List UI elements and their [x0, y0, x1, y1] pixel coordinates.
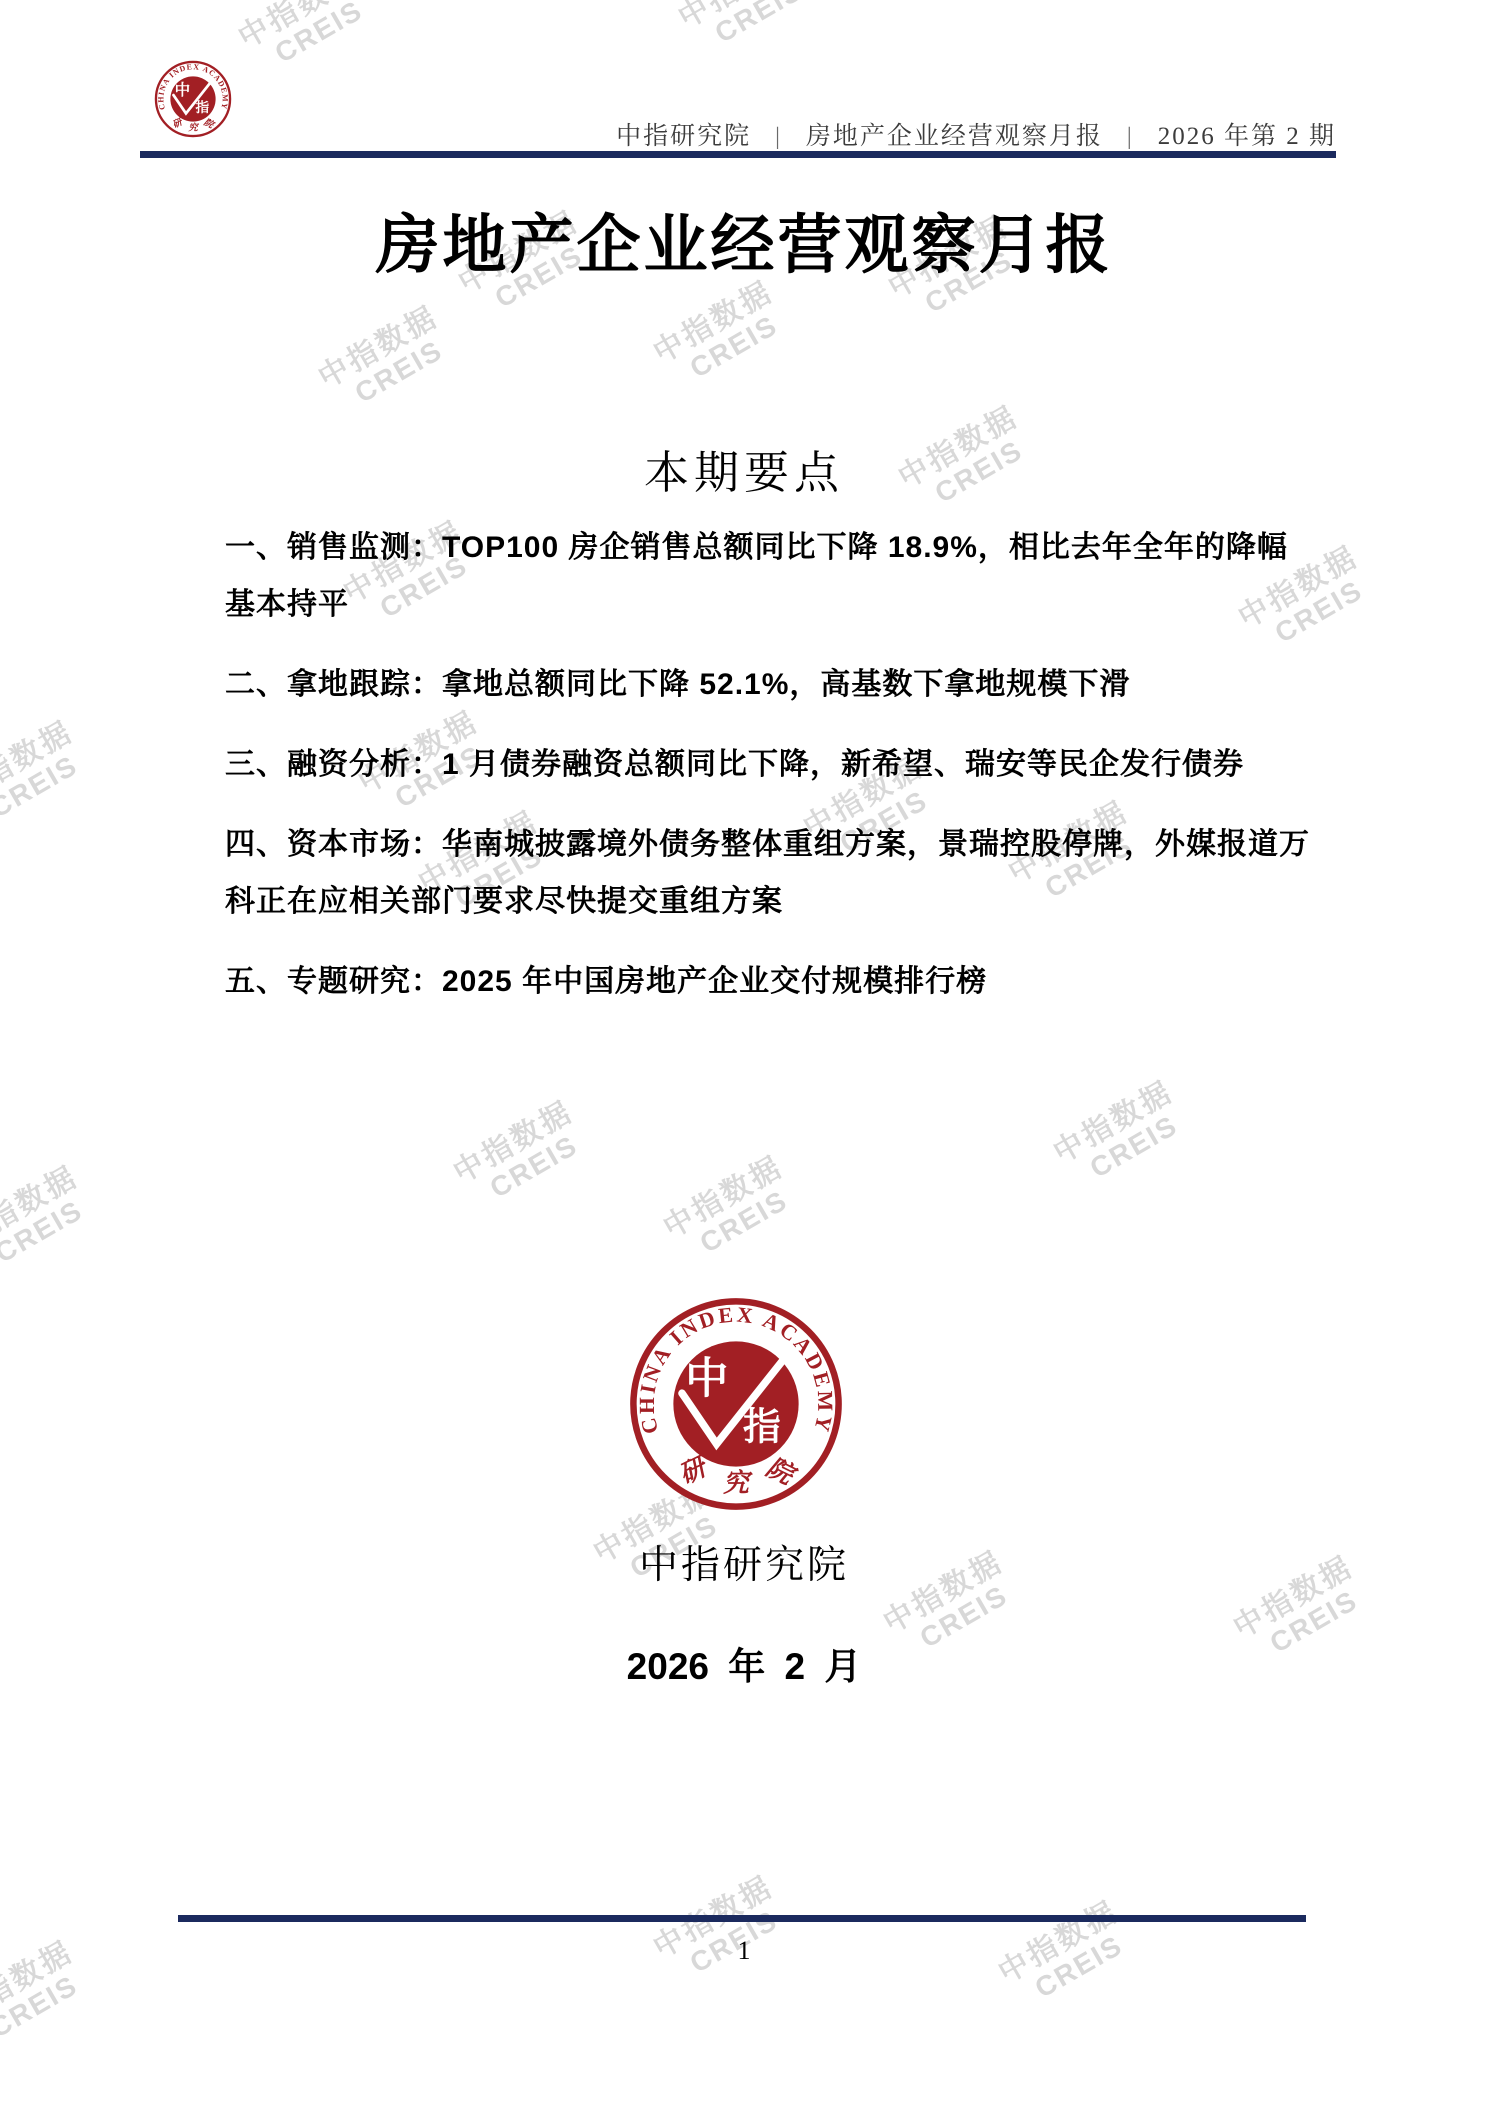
- cia-logo-large: CHINA INDEX ACADEMY中指研究院: [628, 1296, 844, 1512]
- creis-watermark: 中指数据CREIS: [0, 716, 94, 836]
- page-header: 中指研究院 | 房地产企业经营观察月报 | 2026 年第 2 期: [616, 116, 1336, 152]
- date-month: 2: [784, 1646, 805, 1688]
- highlight-item-financing: 三、融资分析：1 月债券融资总额同比下降，新希望、瑞安等民企发行债券: [225, 736, 1337, 793]
- highlights-heading: 本期要点: [0, 436, 1488, 501]
- page-number: 1: [0, 1936, 1488, 1966]
- highlight-line: 二、拿地跟踪：拿地总额同比下降 52.1%，高基数下拿地规模下滑: [225, 656, 1337, 713]
- report-cover-page: 中指数据CREIS中指数据CREIS中指数据CREIS中指数据CREIS中指数据…: [0, 0, 1488, 2104]
- creis-watermark: 中指数据CREIS: [673, 0, 818, 61]
- highlight-line: 四、资本市场：华南城披露境外债务整体重组方案，景瑞控股停牌，外媒报道万: [225, 816, 1337, 873]
- highlight-line: 五、专题研究：2025 年中国房地产企业交付规模排行榜: [225, 953, 1337, 1010]
- creis-watermark: 中指数据CREIS: [658, 1151, 803, 1271]
- svg-text:究: 究: [188, 122, 199, 134]
- cia-logo-small: CHINA INDEX ACADEMY中指研究院: [154, 60, 232, 138]
- highlight-line: 三、融资分析：1 月债券融资总额同比下降，新希望、瑞安等民企发行债券: [225, 736, 1337, 793]
- highlight-line: 科正在应相关部门要求尽快提交重组方案: [225, 873, 1337, 930]
- publisher-name: 中指研究院: [0, 1534, 1488, 1590]
- highlights-list: 一、销售监测：TOP100 房企销售总额同比下降 18.9%，相比去年全年的降幅…: [225, 519, 1337, 1033]
- creis-watermark: 中指数据CREIS: [648, 1871, 793, 1991]
- creis-watermark: 中指数据CREIS: [233, 0, 378, 81]
- date-month-unit: 月: [824, 1636, 861, 1690]
- highlight-line: 基本持平: [225, 576, 1337, 633]
- footer-rule: [178, 1915, 1306, 1922]
- header-org: 中指研究院: [616, 116, 751, 152]
- highlight-item-research: 五、专题研究：2025 年中国房地产企业交付规模排行榜: [225, 953, 1337, 1010]
- date-year-unit: 年: [728, 1636, 765, 1690]
- report-title: 房地产企业经营观察月报: [0, 194, 1488, 286]
- svg-text:中: 中: [685, 1355, 728, 1403]
- creis-watermark: 中指数据CREIS: [0, 1161, 99, 1281]
- creis-watermark: 中指数据CREIS: [448, 1096, 593, 1216]
- highlight-line: 一、销售监测：TOP100 房企销售总额同比下降 18.9%，相比去年全年的降幅: [225, 519, 1337, 576]
- svg-text:指: 指: [743, 1407, 781, 1449]
- highlight-item-land: 二、拿地跟踪：拿地总额同比下降 52.1%，高基数下拿地规模下滑: [225, 656, 1337, 713]
- svg-text:究: 究: [723, 1468, 753, 1497]
- header-separator-icon: |: [1127, 124, 1134, 151]
- creis-watermark: 中指数据CREIS: [648, 276, 793, 396]
- svg-text:指: 指: [196, 99, 210, 115]
- publish-date: 2026 年 2 月: [0, 1636, 1488, 1690]
- header-rule: [140, 151, 1336, 158]
- highlight-item-sales: 一、销售监测：TOP100 房企销售总额同比下降 18.9%，相比去年全年的降幅…: [225, 519, 1337, 633]
- creis-watermark: 中指数据CREIS: [313, 301, 458, 421]
- creis-watermark: 中指数据CREIS: [1048, 1076, 1193, 1196]
- date-year: 2026: [627, 1646, 709, 1688]
- svg-text:中: 中: [175, 81, 191, 99]
- header-issue: 2026 年第 2 期: [1158, 116, 1336, 152]
- header-report-title: 房地产企业经营观察月报: [806, 116, 1103, 152]
- highlight-item-capital-market: 四、资本市场：华南城披露境外债务整体重组方案，景瑞控股停牌，外媒报道万 科正在应…: [225, 816, 1337, 930]
- header-separator-icon: |: [775, 124, 782, 151]
